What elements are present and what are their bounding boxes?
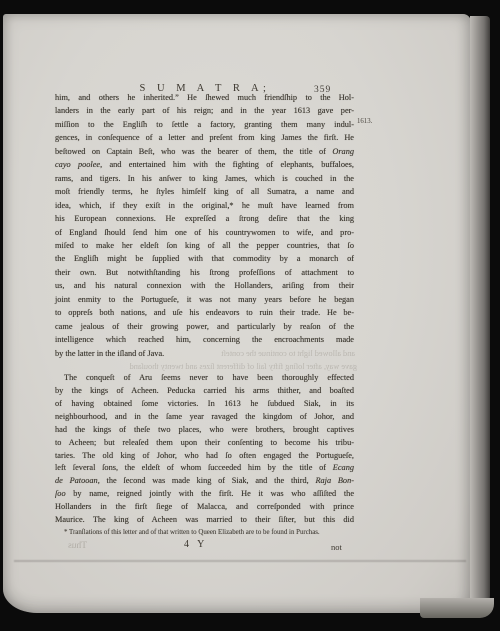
text-line: idea, which, if they exiſt in the origin… [55, 199, 354, 212]
text-line: The conqueſt of Aru ſeems never to have … [55, 372, 354, 385]
text-line: intelligence which reached him, concerni… [55, 333, 354, 346]
text-line: us, and his natural connexion with the H… [55, 279, 354, 292]
text-line: to oppreſs both nations, and uſe his end… [55, 306, 354, 319]
text-line: him, and others he inherited.” He ſhewed… [55, 91, 354, 104]
text-line: by the kings of Acheen. Peducka carried … [55, 385, 354, 398]
text-line: of having obtained ſome victories. In 16… [55, 398, 354, 411]
photo-background: S U M A T R A; 359 1613. him, and others… [0, 0, 500, 631]
text-line: landers in the early part of his reign; … [55, 104, 354, 117]
text-line: miſed to make her eldeſt ſon king of all… [55, 239, 354, 252]
text-line: to Acheen; but releaſed them upon their … [55, 437, 354, 450]
text-line: gences, in conſequence of a letter and p… [55, 131, 354, 144]
text-line: came jealous of their growing power, and… [55, 320, 354, 333]
text-line: Hollanders in the firſt ſiege of Malacca… [55, 501, 354, 514]
text-line: of England ſhould ſend him one of his co… [55, 226, 354, 239]
paragraph: The conqueſt of Aru ſeems never to have … [55, 372, 354, 527]
bleedthrough-word: Thus [53, 541, 87, 551]
margin-date-note: 1613. [357, 118, 372, 125]
text-line: neighbourhood, and in the ſame year rava… [55, 411, 354, 424]
text-line: rams, and tigers. In his anſwer to king … [55, 172, 354, 185]
page-crease-line [14, 560, 466, 562]
text-line: cayo poolee, and entertained him with th… [55, 158, 354, 171]
text-line: beſtowed on Captain Beſt, who was the be… [55, 145, 354, 158]
text-line: ſoo by name, reigned jointly with the fi… [55, 488, 354, 501]
text-line: Maurice. The king of Acheen was married … [55, 514, 354, 527]
text-line: left ſeveral ſons, the eldeſt of whom ſu… [55, 462, 354, 475]
text-line: the Engliſh might be ſupplied with that … [55, 252, 354, 265]
bleedthrough-line: gave way, after loſing fifty ſail of dif… [57, 362, 357, 371]
text-block: him, and others he inherited.” He ſhewed… [55, 91, 354, 527]
paragraph: him, and others he inherited.” He ſhewed… [55, 91, 354, 360]
text-line: miſſion to the Engliſh to ſettle a facto… [55, 118, 354, 131]
catchword: not [331, 542, 342, 552]
text-line: taries. The old king of Johor, who had ſ… [55, 450, 354, 463]
page-stack-edge-right [470, 16, 490, 610]
text-line: moſt friendly terms, he ſtyles himſelf k… [55, 185, 354, 198]
signature-mark: 4 Y [184, 539, 207, 550]
text-line: his European connexions. He expreſſed a … [55, 212, 354, 225]
footnote: * Tranſlations of this letter and of tha… [64, 529, 356, 536]
bleedthrough-line: and allowed light to continue the conteſ… [205, 349, 355, 358]
text-line: their own. But notwithſtanding his ſtron… [55, 266, 354, 279]
text-line: de Patooan, the ſecond was made king of … [55, 475, 354, 488]
text-line: joint enmity to the Portugueſe, it was n… [55, 293, 354, 306]
page-stack-edge-bottom [420, 598, 494, 618]
text-line: had the kings of theſe two places, who w… [55, 424, 354, 437]
